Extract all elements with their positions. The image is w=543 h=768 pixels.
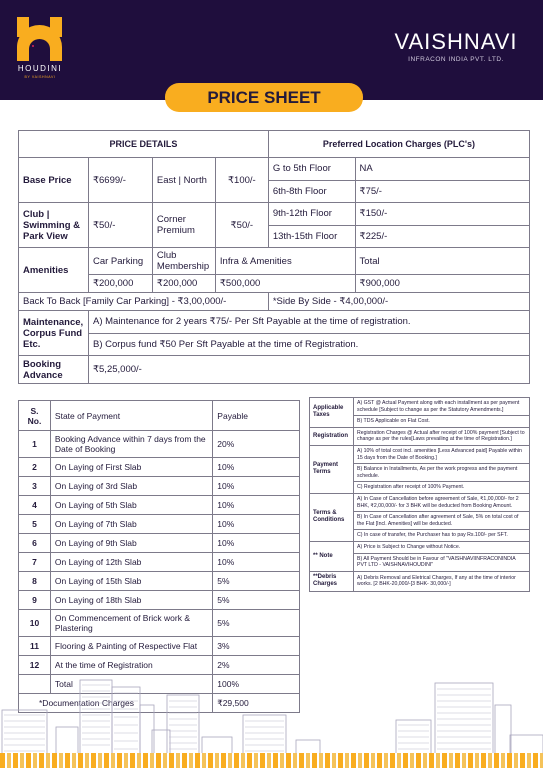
price-details-table: PRICE DETAILS Preferred Location Charges… (18, 130, 530, 384)
club-view-value: ₹50/- (88, 203, 152, 248)
terms-item: A) GST @ Actual Payment along with each … (354, 398, 530, 416)
plc-heading: Preferred Location Charges (PLC's) (268, 131, 529, 158)
terms-label: Terms & Conditions (310, 493, 354, 541)
payment-percent: 10% (213, 534, 300, 553)
floor-label: 6th-8th Floor (268, 180, 355, 203)
terms-label: Payment Terms (310, 445, 354, 493)
payment-percent: 10% (213, 553, 300, 572)
payment-row: 8On Laying of 15th Slab5% (19, 572, 300, 591)
payment-sno: 11 (19, 637, 51, 656)
terms-row: Applicable TaxesA) GST @ Actual Payment … (310, 398, 530, 416)
terms-label: ** Note (310, 541, 354, 571)
payment-row: 10On Commencement of Brick work & Plaste… (19, 610, 300, 637)
payment-stage: On Laying of 12th Slab (50, 553, 212, 572)
payment-row: 2On Laying of First Slab10% (19, 458, 300, 477)
payment-stage: At the time of Registration (50, 656, 212, 675)
parking-note-left: Back To Back [Family Car Parking] - ₹3,0… (19, 293, 269, 311)
booking-advance-value: ₹5,25,000/- (88, 356, 529, 384)
sno-header: S. No. (19, 401, 51, 431)
payment-sno: 9 (19, 591, 51, 610)
terms-label: **Debris Charges (310, 571, 354, 591)
payment-stage: On Laying of 9th Slab (50, 534, 212, 553)
payment-row: 1Booking Advance within 7 days from the … (19, 431, 300, 458)
parking-note-right: *Side By Side - ₹4,00,000/- (268, 293, 529, 311)
terms-item: C) In case of transfer, the Purchaser ha… (354, 530, 530, 542)
payment-percent: 10% (213, 477, 300, 496)
stage-header: State of Payment (50, 401, 212, 431)
amenity-value: ₹200,000 (152, 275, 215, 293)
amenity-total: ₹900,000 (355, 275, 529, 293)
payment-sno: 3 (19, 477, 51, 496)
payment-stage: On Laying of 7th Slab (50, 515, 212, 534)
payment-percent: 20% (213, 431, 300, 458)
price-details-heading: PRICE DETAILS (19, 131, 269, 158)
payment-percent: 5% (213, 572, 300, 591)
payment-sno: 2 (19, 458, 51, 477)
logo-name: HOUDINI (14, 64, 66, 73)
maintenance-item: B) Corpus fund ₹50 Per Sft Payable at th… (88, 333, 529, 356)
logo-subtitle: BY VAISHNAVI (14, 75, 66, 79)
payment-sno: 12 (19, 656, 51, 675)
payment-percent: 10% (213, 496, 300, 515)
payment-row: 9On Laying of 18th Slab5% (19, 591, 300, 610)
terms-item: A) Price is Subject to Change without No… (354, 541, 530, 553)
payment-plan-table: S. No. State of Payment Payable 1Booking… (18, 400, 300, 713)
city-skyline-illustration (0, 675, 543, 755)
payment-sno: 5 (19, 515, 51, 534)
payment-row: 4On Laying of 5th Slab10% (19, 496, 300, 515)
brand-logo: VAISHNAVI INFRACON INDIA PVT. LTD. (386, 30, 526, 63)
payment-stage: On Laying of 5th Slab (50, 496, 212, 515)
amenity-header: Infra & Amenities (215, 248, 355, 275)
amenity-header: Club Membership (152, 248, 215, 275)
base-price-value: ₹6699/- (88, 158, 152, 203)
payment-stage: Booking Advance within 7 days from the D… (50, 431, 212, 458)
amenity-header: Car Parking (88, 248, 152, 275)
terms-item: B) Balance in Installments, As per the w… (354, 464, 530, 482)
payment-percent: 10% (213, 515, 300, 534)
corner-label: Corner Premium (152, 203, 215, 248)
terms-item: B) In Case of Cancellation after agreeme… (354, 512, 530, 530)
payment-stage: On Laying of 15th Slab (50, 572, 212, 591)
east-north-value: ₹100/- (215, 158, 268, 203)
payment-row: 6On Laying of 9th Slab10% (19, 534, 300, 553)
floor-label: 13th-15th Floor (268, 225, 355, 248)
terms-item: A) 10% of total cost incl. amenities [Le… (354, 445, 530, 463)
payment-stage: On Laying of 3rd Slab (50, 477, 212, 496)
payment-sno: 8 (19, 572, 51, 591)
club-view-label: Club | Swimming & Park View (19, 203, 89, 248)
terms-label: Registration (310, 427, 354, 445)
floor-value: ₹225/- (355, 225, 529, 248)
payment-sno: 1 (19, 431, 51, 458)
payment-stage: Flooring & Painting of Respective Flat (50, 637, 212, 656)
terms-row: RegistrationRegistration Charges @ Actua… (310, 427, 530, 445)
floor-label: 9th-12th Floor (268, 203, 355, 226)
maintenance-item: A) Maintenance for 2 years ₹75/- Per Sft… (88, 311, 529, 334)
page-title: PRICE SHEET (165, 83, 363, 112)
terms-item: C) Registration after receipt of 100% Pa… (354, 482, 530, 494)
terms-item: A) Debris Removal and Eletrical Charges,… (354, 571, 530, 591)
payment-stage: On Commencement of Brick work & Plasteri… (50, 610, 212, 637)
amenity-header: Total (355, 248, 529, 275)
maintenance-label: Maintenance, Corpus Fund Etc. (19, 311, 89, 356)
payment-row: 11Flooring & Painting of Respective Flat… (19, 637, 300, 656)
payment-percent: 3% (213, 637, 300, 656)
base-price-label: Base Price (19, 158, 89, 203)
brand-name: VAISHNAVI (386, 30, 526, 54)
payment-sno: 10 (19, 610, 51, 637)
payment-sno: 4 (19, 496, 51, 515)
decorative-pattern-stripe (0, 753, 543, 768)
payment-percent: 2% (213, 656, 300, 675)
terms-item: B) All Payment Should be in Favour of "V… (354, 553, 530, 571)
terms-item: B) TDS Applicable on Flat Cost. (354, 416, 530, 428)
booking-advance-label: Booking Advance (19, 356, 89, 384)
amenities-label: Amenities (19, 248, 89, 293)
floor-value: NA (355, 158, 529, 181)
terms-row: **Debris ChargesA) Debris Removal and El… (310, 571, 530, 591)
payment-row: 5On Laying of 7th Slab10% (19, 515, 300, 534)
payment-percent: 5% (213, 610, 300, 637)
floor-value: ₹75/- (355, 180, 529, 203)
payment-row: 12At the time of Registration2% (19, 656, 300, 675)
terms-row: Payment TermsA) 10% of total cost incl. … (310, 445, 530, 463)
terms-label: Applicable Taxes (310, 398, 354, 428)
payment-stage: On Laying of First Slab (50, 458, 212, 477)
terms-row: Terms & ConditionsA) In Case of Cancella… (310, 493, 530, 511)
brand-subtitle: INFRACON INDIA PVT. LTD. (386, 56, 526, 63)
payment-row: 7On Laying of 12th Slab10% (19, 553, 300, 572)
payable-header: Payable (213, 401, 300, 431)
terms-table: Applicable TaxesA) GST @ Actual Payment … (309, 397, 530, 592)
payment-sno: 7 (19, 553, 51, 572)
floor-label: G to 5th Floor (268, 158, 355, 181)
terms-item: A) In Case of Cancellation before agreem… (354, 493, 530, 511)
payment-sno: 6 (19, 534, 51, 553)
houdini-logo-icon (17, 17, 62, 61)
floor-value: ₹150/- (355, 203, 529, 226)
payment-percent: 5% (213, 591, 300, 610)
payment-percent: 10% (213, 458, 300, 477)
east-north-label: East | North (152, 158, 215, 203)
payment-row: 3On Laying of 3rd Slab10% (19, 477, 300, 496)
terms-item: Registration Charges @ Actual after rece… (354, 427, 530, 445)
payment-stage: On Laying of 18th Slab (50, 591, 212, 610)
amenity-value: ₹200,000 (88, 275, 152, 293)
terms-row: ** NoteA) Price is Subject to Change wit… (310, 541, 530, 553)
corner-value: ₹50/- (215, 203, 268, 248)
amenity-value: ₹500,000 (215, 275, 355, 293)
